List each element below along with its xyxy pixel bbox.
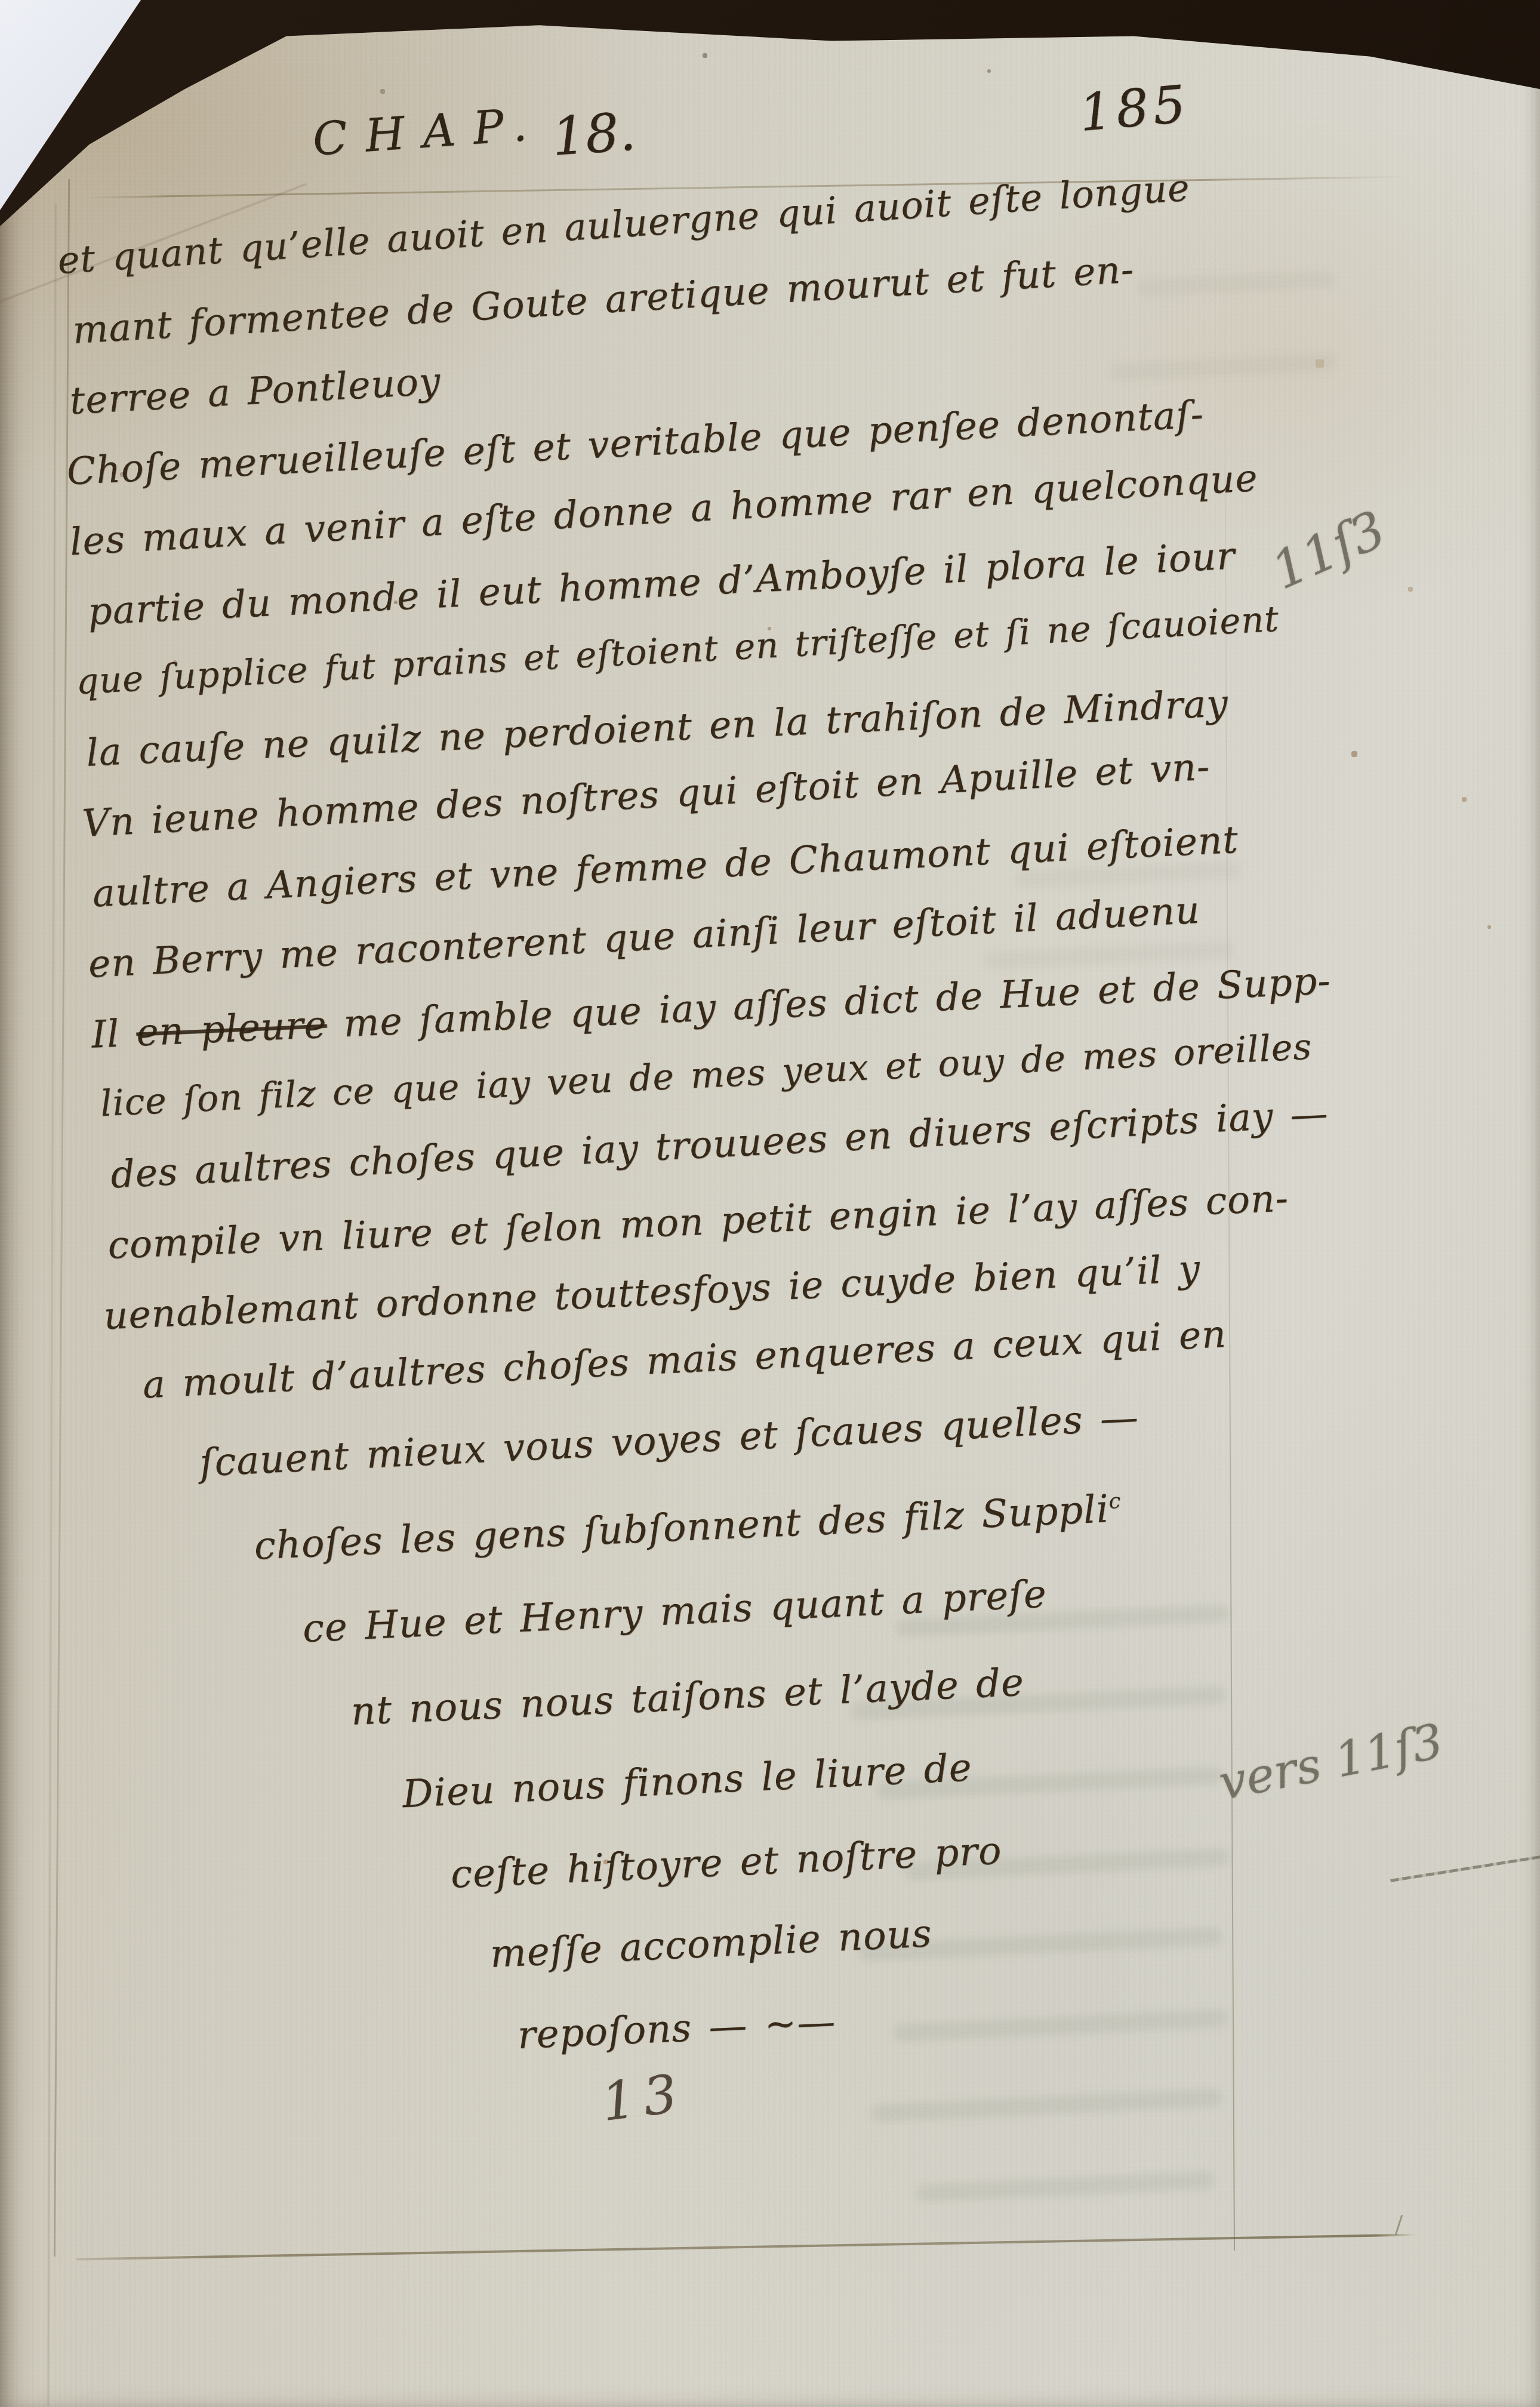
margin-date-annotation: 11ſ3 xyxy=(1263,499,1394,601)
quire-signature-mark: 13 xyxy=(598,2062,688,2133)
manuscript-line: terree a Pontleuoy xyxy=(69,359,442,423)
manuscript-page: CHAP. 18. 185 et quant qu’elle auoit en … xyxy=(0,0,1540,2407)
frame-rule-end-tick xyxy=(1395,2215,1403,2234)
struck-text: en pleure xyxy=(135,1003,328,1055)
frame-rule-bottom xyxy=(76,2233,1416,2260)
chapter-heading: CHAP. 18. xyxy=(310,84,633,168)
chapter-number: 18. xyxy=(550,100,637,168)
pencil-underline xyxy=(1390,1855,1540,1882)
manuscript-line: choſes les gens ſubſonnent des filz Supp… xyxy=(253,1486,1122,1568)
manuscript-line: nt nous nous taiſons et l’ayde de xyxy=(350,1661,1025,1734)
manuscript-line: meſſe accomplie nous xyxy=(489,1912,933,1977)
manuscript-line: ſcauent mieux vous voyes et ſcaues quell… xyxy=(199,1396,1139,1486)
manuscript-line: repoſons — ~— xyxy=(516,2000,836,2058)
manuscript-photo: { "header": { "chapter_label": "CHAP.", … xyxy=(0,0,1540,2407)
superscript-abbreviation: c xyxy=(1108,1489,1122,1514)
manuscript-line: Dieu nous finons le liure de xyxy=(401,1746,973,1817)
text-block: et quant qu’elle auoit en auluergne qui … xyxy=(57,187,1335,2207)
manuscript-line: ceſte hiſtoyre et noſtre pro xyxy=(450,1829,1003,1897)
folio-number: 185 xyxy=(1077,74,1192,143)
chapter-label: CHAP. xyxy=(311,97,546,166)
manuscript-line: ce Hue et Henry mais quant a preſe xyxy=(301,1572,1048,1652)
showthrough-smudge xyxy=(916,2171,1215,2203)
